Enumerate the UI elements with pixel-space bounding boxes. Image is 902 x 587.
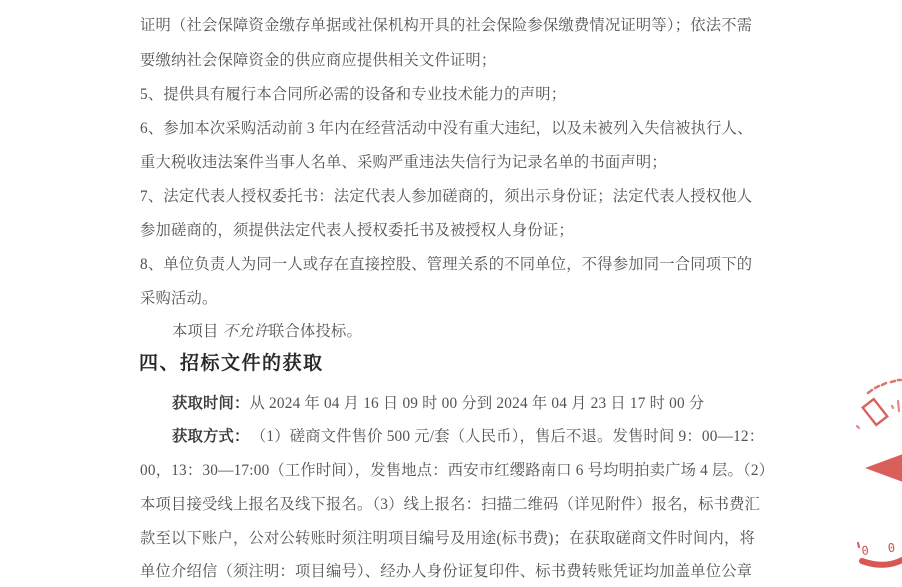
acquisition-method-value: （1）磋商文件售价 500 元/套（人民币），售后不退。发售时间 9：00—12… <box>259 428 765 445</box>
text-line: 参加磋商的，须提供法定代表人授权委托书及被授权人身份证； <box>140 218 574 240</box>
line-text: 款至以下账户，公对公转账时须注明项目编号及用途(标书费)；在获取磋商文件时间内，… <box>140 530 755 547</box>
section-heading-document-acquisition: 四、招标文件的获取 <box>139 348 324 375</box>
text-line: 本项目接受线上报名及线下报名。（3）线上报名：扫描二维码（详见附件）报名，标书费… <box>140 492 760 514</box>
text-line-acquisition-time: 获取时间：从 2024 年 04 月 16 日 09 时 00 分到 2024 … <box>172 391 704 413</box>
document-page: 证明（社会保障资金缴存单据或社保机构开具的社会保险参保缴费情况证明等）；依法不需… <box>0 0 902 587</box>
line-text: 本项目 <box>172 323 223 340</box>
text-line: 证明（社会保障资金缴存单据或社保机构开具的社会保险参保缴费情况证明等）；依法不需 <box>140 13 752 35</box>
seal-digits: 0 0 <box>861 540 902 558</box>
line-text: 7、法定代表人授权委托书：法定代表人参加磋商的，须出示身份证；法定代表人授权他人 <box>140 188 752 205</box>
text-line: 5、提供具有履行本合同所必需的设备和专业技术能力的声明； <box>140 82 566 104</box>
text-line-no-consortium: 本项目 不允许联合体投标。 <box>172 319 362 341</box>
line-text: 单位介绍信（须注明：项目编号）、经办人身份证复印件、标书费转账凭证均加盖单位公章 <box>140 563 752 580</box>
seal-ring-arc <box>862 560 902 565</box>
text-line: 单位介绍信（须注明：项目编号）、经办人身份证复印件、标书费转账凭证均加盖单位公章 <box>140 559 752 581</box>
red-seal-stamp-icon: 0 0 <box>828 363 902 587</box>
line-text: 5、提供具有履行本合同所必需的设备和专业技术能力的声明； <box>140 86 566 103</box>
line-text: 采购活动。 <box>140 290 218 307</box>
text-line-acquisition-method: 获取方式：（1）磋商文件售价 500 元/套（人民币），售后不退。发售时间 9：… <box>172 424 764 446</box>
line-text: 要缴纳社会保障资金的供应商应提供相关文件证明； <box>140 52 496 69</box>
line-text: 证明（社会保障资金缴存单据或社保机构开具的社会保险参保缴费情况证明等）；依法不需 <box>140 17 752 34</box>
line-text: 联合体投标。 <box>269 323 362 340</box>
text-line: 采购活动。 <box>140 286 218 308</box>
text-line: 重大税收违法案件当事人名单、采购严重违法失信行为记录名单的书面声明； <box>140 150 667 172</box>
acquisition-method-label: 获取方式： <box>172 428 250 445</box>
text-line: 8、单位负责人为同一人或存在直接控股、管理关系的不同单位，不得参加同一合同项下的 <box>140 252 752 274</box>
seal-star <box>865 411 902 525</box>
line-text: 00，13：30—17:00（工作时间），发售地点：西安市红缨路南口 6 号均明… <box>140 462 774 479</box>
line-text: 8、单位负责人为同一人或存在直接控股、管理关系的不同单位，不得参加同一合同项下的 <box>140 256 752 273</box>
seal-square-mark <box>863 399 888 425</box>
line-text: 参加磋商的，须提供法定代表人授权委托书及被授权人身份证； <box>140 222 574 239</box>
line-text: 重大税收违法案件当事人名单、采购严重违法失信行为记录名单的书面声明； <box>140 154 667 171</box>
line-text: 本项目接受线上报名及线下报名。（3）线上报名：扫描二维码（详见附件）报名，标书费… <box>140 496 760 513</box>
line-text: 6、参加本次采购活动前 3 年内在经营活动中没有重大违纪，以及未被列入失信被执行… <box>140 120 753 137</box>
acquisition-time-label: 获取时间： <box>172 395 250 412</box>
text-line: 6、参加本次采购活动前 3 年内在经营活动中没有重大违纪，以及未被列入失信被执行… <box>140 116 753 138</box>
text-line: 要缴纳社会保障资金的供应商应提供相关文件证明； <box>140 48 496 70</box>
text-line: 款至以下账户，公对公转账时须注明项目编号及用途(标书费)；在获取磋商文件时间内，… <box>140 526 755 548</box>
acquisition-time-value: 从 2024 年 04 月 16 日 09 时 00 分到 2024 年 04 … <box>250 395 705 412</box>
seal-arc-text-marks <box>868 380 901 393</box>
line-text-italic: 不允许 <box>223 323 270 340</box>
text-line: 7、法定代表人授权委托书：法定代表人参加磋商的，须出示身份证；法定代表人授权他人 <box>140 184 752 206</box>
text-line: 00，13：30—17:00（工作时间），发售地点：西安市红缨路南口 6 号均明… <box>140 458 774 480</box>
